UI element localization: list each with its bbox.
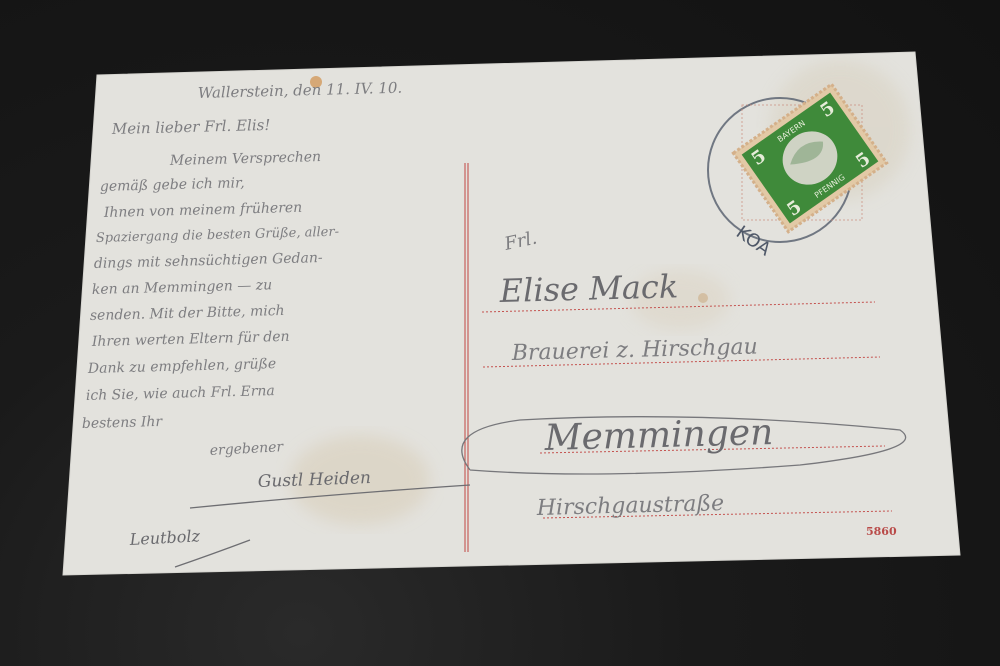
message-line: bestens Ihr xyxy=(82,414,164,432)
extra-signature: Leutbolz xyxy=(128,526,201,549)
print-code: 5860 xyxy=(866,525,897,538)
address-name: Elise Mack xyxy=(498,267,678,310)
rust-spot xyxy=(698,293,708,303)
postcard-scene: Wallerstein, den 11. IV. 10. Mein lieber… xyxy=(0,0,1000,666)
address-street: Hirschgaustraße xyxy=(536,491,725,521)
postcard: Wallerstein, den 11. IV. 10. Mein lieber… xyxy=(63,52,960,575)
signature: Gustl Heiden xyxy=(257,468,371,492)
